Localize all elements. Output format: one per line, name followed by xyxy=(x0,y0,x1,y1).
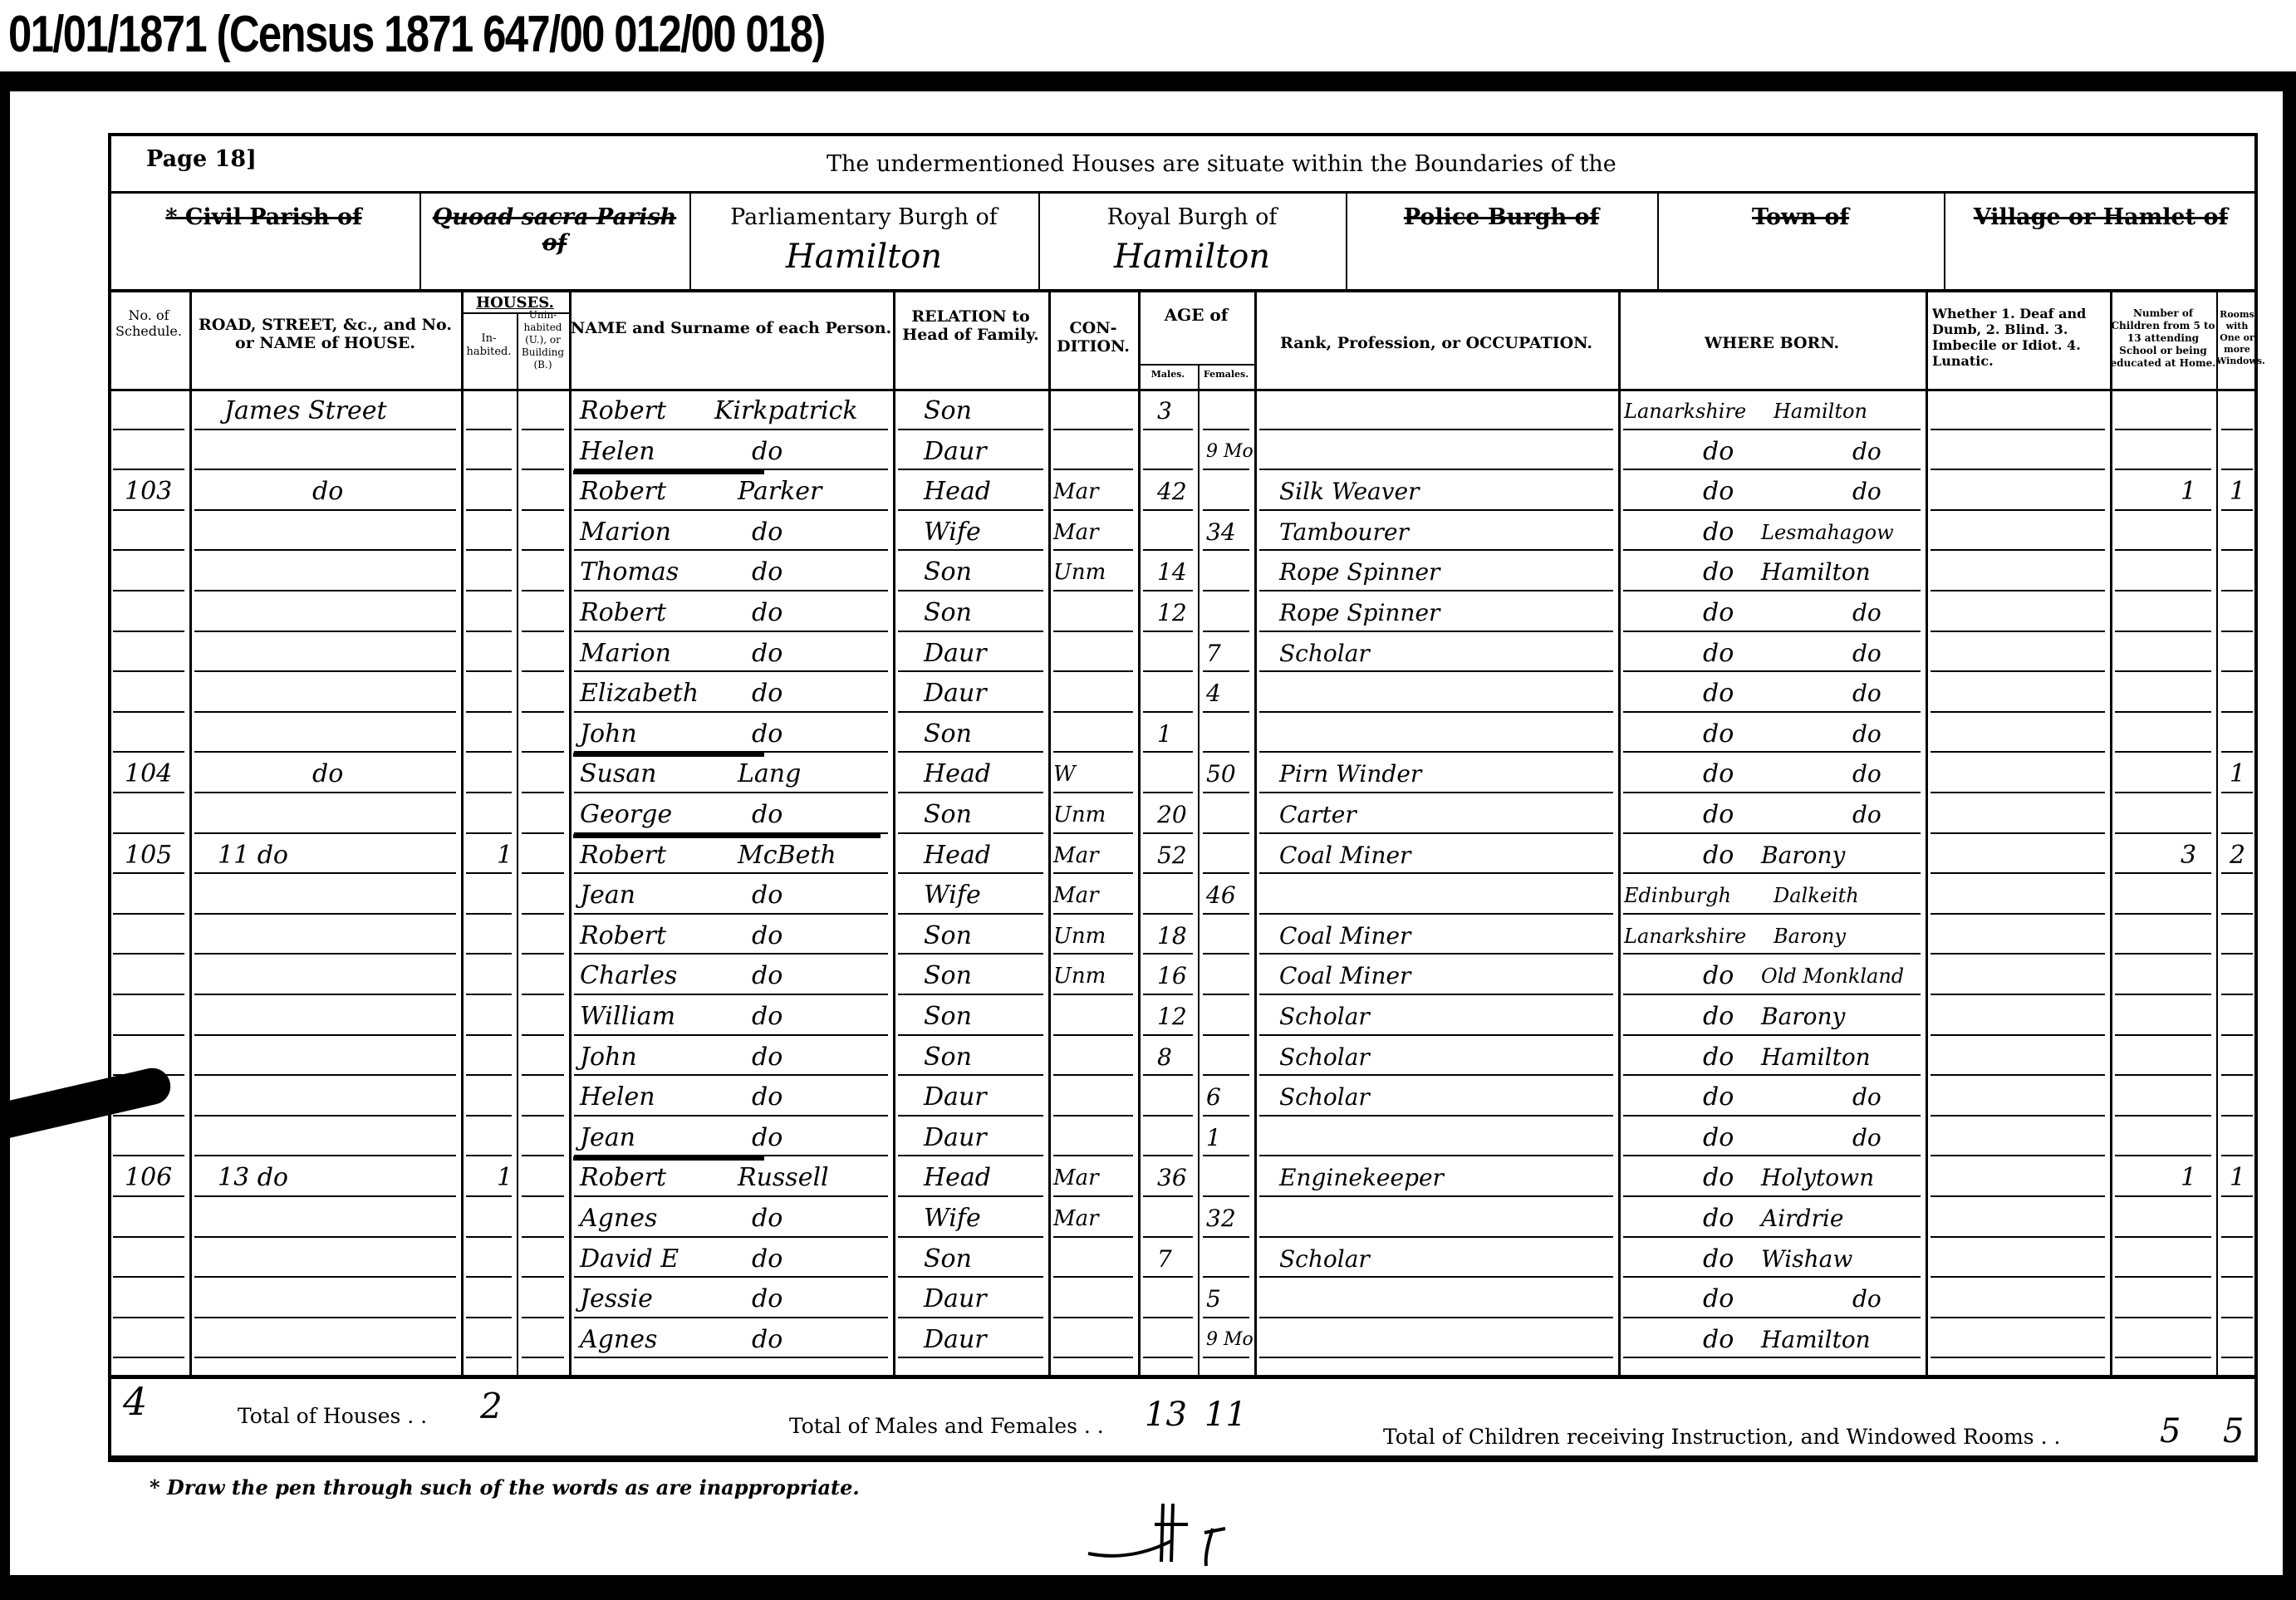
occupation: Coal Miner xyxy=(1279,842,1410,870)
age-male: 36 xyxy=(1157,1164,1187,1192)
relation: Son xyxy=(924,1003,972,1031)
person-forename: Robert xyxy=(580,397,666,425)
total-females: 11 xyxy=(1204,1401,1247,1429)
occupation: Pirn Winder xyxy=(1279,760,1421,788)
born-place: do xyxy=(1852,801,1881,829)
houses-inhabited: 1 xyxy=(497,1164,513,1192)
born-place: Holytown xyxy=(1761,1164,1874,1192)
age-female: 34 xyxy=(1206,518,1236,547)
person-forename: Susan xyxy=(580,760,656,788)
person-forename: Marion xyxy=(580,518,671,547)
born-place: Hamilton xyxy=(1774,397,1867,425)
boundary-value: Hamilton xyxy=(689,243,1038,271)
born-place: Wishaw xyxy=(1761,1245,1852,1274)
age-female: 4 xyxy=(1206,680,1221,708)
relation: Wife xyxy=(924,518,981,547)
schedule-number: 106 xyxy=(125,1164,172,1192)
born-place: Dalkeith xyxy=(1774,881,1859,910)
road-address: do xyxy=(312,478,343,506)
column-header-children: Number of Children from 5 to 13 attendin… xyxy=(2110,307,2216,370)
age-female: 5 xyxy=(1206,1285,1221,1313)
born-county: Edinburgh xyxy=(1624,881,1731,910)
age-male: 8 xyxy=(1157,1043,1172,1072)
column-header-uninhabited: Unin-habited (U.), or Building (B.) xyxy=(517,309,569,371)
born-place: do xyxy=(1852,1083,1881,1112)
born-county: do xyxy=(1703,1164,1734,1192)
age-male: 52 xyxy=(1157,842,1187,870)
footnote: * Draw the pen through such of the words… xyxy=(150,1475,860,1499)
age-male: 12 xyxy=(1157,1003,1187,1031)
born-place: do xyxy=(1852,680,1881,708)
born-place: do xyxy=(1852,478,1881,506)
person-surname: do xyxy=(752,1083,783,1112)
bottom-border xyxy=(0,1575,2296,1600)
born-county: do xyxy=(1703,558,1734,587)
column-header-age: AGE of xyxy=(1138,306,1254,325)
relation: Son xyxy=(924,720,972,748)
occupation: Rope Spinner xyxy=(1279,599,1440,627)
born-county: do xyxy=(1703,680,1734,708)
born-county: do xyxy=(1703,1083,1734,1112)
relation: Daur xyxy=(924,680,987,708)
total-children: 5 xyxy=(2160,1417,2181,1445)
condition: W xyxy=(1053,760,1076,788)
condition: Mar xyxy=(1053,478,1099,506)
right-border xyxy=(2283,71,2296,1600)
age-female: 32 xyxy=(1206,1205,1236,1233)
person-forename: John xyxy=(580,1043,637,1072)
total-males: 13 xyxy=(1145,1401,1187,1429)
person-forename: Elizabeth xyxy=(580,680,699,708)
person-surname: McBeth xyxy=(738,842,836,870)
born-place: do xyxy=(1852,640,1881,668)
person-surname: Lang xyxy=(738,760,801,788)
person-surname: do xyxy=(752,1245,783,1274)
relation: Wife xyxy=(924,881,981,910)
born-place: do xyxy=(1852,720,1881,748)
person-surname: do xyxy=(752,558,783,587)
windowed-rooms: 1 xyxy=(2230,478,2245,506)
age-male: 14 xyxy=(1157,558,1187,587)
person-surname: do xyxy=(752,680,783,708)
born-place: Barony xyxy=(1774,922,1846,950)
schedule-number: 103 xyxy=(125,478,172,506)
occupation: Scholar xyxy=(1279,640,1370,668)
age-female: 50 xyxy=(1206,760,1236,788)
relation: Son xyxy=(924,801,972,829)
windowed-rooms: 2 xyxy=(2230,842,2245,870)
occupation: Scholar xyxy=(1279,1083,1370,1112)
born-county: do xyxy=(1703,1043,1734,1072)
born-county: do xyxy=(1703,962,1734,990)
age-male: 1 xyxy=(1157,720,1172,748)
person-surname: do xyxy=(752,1285,783,1313)
top-border xyxy=(0,71,2296,91)
boundary-label: Quoad sacra Parish of xyxy=(419,204,689,256)
born-place: Airdrie xyxy=(1761,1205,1843,1233)
column-header-schedule: No. of Schedule. xyxy=(108,307,189,339)
page-number: Page 18] xyxy=(146,146,257,172)
road-address: do xyxy=(312,760,343,788)
born-county: do xyxy=(1703,1003,1734,1031)
condition: Unm xyxy=(1053,558,1106,587)
person-forename: Agnes xyxy=(580,1326,657,1354)
person-forename: Jessie xyxy=(580,1285,653,1313)
boundary-intro: The undermentioned Houses are situate wi… xyxy=(827,151,1617,177)
person-forename: Robert xyxy=(580,842,666,870)
age-female: 1 xyxy=(1206,1124,1221,1152)
column-header-condition: CON-DITION. xyxy=(1048,319,1138,356)
person-forename: John xyxy=(580,720,637,748)
occupation: Silk Weaver xyxy=(1279,478,1420,506)
person-forename: Jean xyxy=(580,881,635,910)
age-female: 6 xyxy=(1206,1083,1221,1112)
person-surname: do xyxy=(752,640,783,668)
column-header-road: ROAD, STREET, &c., and No. or NAME of HO… xyxy=(189,316,461,352)
age-male: 3 xyxy=(1157,397,1172,425)
age-male: 18 xyxy=(1157,922,1187,950)
relation: Daur xyxy=(924,1326,987,1354)
born-county: do xyxy=(1703,478,1734,506)
schedule-number: 104 xyxy=(125,760,172,788)
column-header-name: NAME and Surname of each Person. xyxy=(569,319,893,337)
occupation: Rope Spinner xyxy=(1279,558,1440,587)
relation: Daur xyxy=(924,1285,987,1313)
person-forename: Robert xyxy=(580,922,666,950)
column-header-inhabited: In-habited. xyxy=(461,332,517,359)
person-surname: do xyxy=(752,1124,783,1152)
person-surname: do xyxy=(752,518,783,547)
born-county: Lanarkshire xyxy=(1624,397,1746,425)
born-county: do xyxy=(1703,1245,1734,1274)
schedule-number: 105 xyxy=(125,842,172,870)
windowed-rooms: 1 xyxy=(2230,760,2245,788)
children-at-school: 1 xyxy=(2181,478,2196,506)
person-forename: Robert xyxy=(580,1164,666,1192)
relation: Son xyxy=(924,397,972,425)
relation: Son xyxy=(924,1245,972,1274)
condition: Mar xyxy=(1053,518,1099,547)
born-county: do xyxy=(1703,1124,1734,1152)
condition: Mar xyxy=(1053,1205,1099,1233)
relation: Daur xyxy=(924,1124,987,1152)
age-female: 9 Mo xyxy=(1206,438,1253,466)
person-surname: do xyxy=(752,881,783,910)
occupation: Coal Miner xyxy=(1279,962,1410,990)
born-county: do xyxy=(1703,801,1734,829)
condition: Mar xyxy=(1053,1164,1099,1192)
occupation: Coal Miner xyxy=(1279,922,1410,950)
condition: Unm xyxy=(1053,922,1106,950)
occupation: Enginekeeper xyxy=(1279,1164,1444,1192)
born-county: do xyxy=(1703,760,1734,788)
total-houses-value: 2 xyxy=(480,1392,503,1421)
condition: Unm xyxy=(1053,801,1106,829)
occupation: Tambourer xyxy=(1279,518,1409,547)
age-male: 7 xyxy=(1157,1245,1172,1274)
column-header-occupation: Rank, Profession, or OCCUPATION. xyxy=(1254,334,1618,352)
born-county: do xyxy=(1703,1285,1734,1313)
relation: Son xyxy=(924,558,972,587)
occupation: Scholar xyxy=(1279,1003,1370,1031)
boundary-value: Hamilton xyxy=(1038,243,1346,271)
condition: Unm xyxy=(1053,962,1106,990)
record-title: 01/01/1871 (Census 1871 647/00 012/00 01… xyxy=(8,5,825,64)
column-header-relation: RELATION to Head of Family. xyxy=(893,307,1048,344)
age-male: 20 xyxy=(1157,801,1187,829)
person-surname: do xyxy=(752,1326,783,1354)
born-place: do xyxy=(1852,438,1881,466)
column-header-males: Males. xyxy=(1138,369,1198,380)
relation: Daur xyxy=(924,438,987,466)
enumerator-initials-icon xyxy=(1080,1495,1263,1570)
windowed-rooms: 1 xyxy=(2230,1164,2245,1192)
person-surname: do xyxy=(752,962,783,990)
age-female: 7 xyxy=(1206,640,1221,668)
born-place: do xyxy=(1852,1285,1881,1313)
relation: Daur xyxy=(924,640,987,668)
person-forename: Charles xyxy=(580,962,677,990)
boundary-label: Police Burgh of xyxy=(1346,204,1657,230)
person-forename: Helen xyxy=(580,1083,655,1112)
person-forename: Robert xyxy=(580,478,666,506)
born-place: Lesmahagow xyxy=(1761,518,1894,547)
left-border xyxy=(0,71,10,1600)
born-place: do xyxy=(1852,760,1881,788)
total-houses-label: Total of Houses . . xyxy=(238,1404,427,1428)
person-surname: Kirkpatrick xyxy=(714,397,858,425)
relation: Daur xyxy=(924,1083,987,1112)
age-male: 16 xyxy=(1157,962,1187,990)
road-address: James Street xyxy=(224,397,387,425)
occupation: Scholar xyxy=(1279,1245,1370,1274)
born-place: do xyxy=(1852,599,1881,627)
column-header-whether: Whether 1. Deaf and Dumb, 2. Blind. 3. I… xyxy=(1926,306,2117,369)
children-at-school: 3 xyxy=(2181,842,2196,870)
born-county: do xyxy=(1703,438,1734,466)
relation: Wife xyxy=(924,1205,981,1233)
column-header-where-born: WHERE BORN. xyxy=(1618,334,1926,352)
person-surname: do xyxy=(752,1043,783,1072)
person-surname: do xyxy=(752,438,783,466)
person-forename: David E xyxy=(580,1245,679,1274)
houses-inhabited: 1 xyxy=(497,842,513,870)
boundary-label: * Civil Parish of xyxy=(108,204,419,230)
age-male: 12 xyxy=(1157,599,1187,627)
born-place: do xyxy=(1852,1124,1881,1152)
age-male: 42 xyxy=(1157,478,1187,506)
total-schedules: 4 xyxy=(123,1387,147,1416)
children-at-school: 1 xyxy=(2181,1164,2196,1192)
person-surname: do xyxy=(752,801,783,829)
total-rooms: 5 xyxy=(2223,1417,2244,1445)
born-place: Old Monkland xyxy=(1761,962,1904,990)
person-surname: do xyxy=(752,1205,783,1233)
person-surname: do xyxy=(752,720,783,748)
born-county: do xyxy=(1703,640,1734,668)
person-surname: do xyxy=(752,599,783,627)
relation: Head xyxy=(924,1164,991,1192)
column-header-rooms: Rooms with One or more Windows. xyxy=(2216,309,2258,367)
person-forename: George xyxy=(580,801,672,829)
person-forename: Jean xyxy=(580,1124,635,1152)
occupation: Carter xyxy=(1279,801,1357,829)
born-county: do xyxy=(1703,1205,1734,1233)
born-county: Lanarkshire xyxy=(1624,922,1746,950)
boundary-label: Royal Burgh of xyxy=(1038,204,1346,230)
person-forename: Helen xyxy=(580,438,655,466)
relation: Son xyxy=(924,1043,972,1072)
total-persons-label: Total of Males and Females . . xyxy=(789,1414,1104,1438)
total-children-label: Total of Children receiving Instruction,… xyxy=(1383,1425,2060,1449)
relation: Son xyxy=(924,962,972,990)
person-forename: Marion xyxy=(580,640,671,668)
born-county: do xyxy=(1703,518,1734,547)
column-header-females: Females. xyxy=(1198,369,1254,380)
person-surname: Parker xyxy=(738,478,822,506)
relation: Son xyxy=(924,599,972,627)
road-address: 11 do xyxy=(218,842,288,870)
born-place: Barony xyxy=(1761,1003,1845,1031)
boundary-label: Village or Hamlet of xyxy=(1944,204,2258,230)
condition: Mar xyxy=(1053,881,1099,910)
boundary-label: Parliamentary Burgh of xyxy=(689,204,1038,230)
occupation: Scholar xyxy=(1279,1043,1370,1072)
boundary-label: Town of xyxy=(1657,204,1944,230)
condition: Mar xyxy=(1053,842,1099,870)
born-county: do xyxy=(1703,720,1734,748)
born-county: do xyxy=(1703,1326,1734,1354)
relation: Son xyxy=(924,922,972,950)
person-surname: do xyxy=(752,922,783,950)
born-place: Barony xyxy=(1761,842,1845,870)
person-forename: Agnes xyxy=(580,1205,657,1233)
age-female: 9 Mo xyxy=(1206,1326,1253,1354)
born-county: do xyxy=(1703,599,1734,627)
born-place: Hamilton xyxy=(1761,1043,1871,1072)
born-place: Hamilton xyxy=(1761,558,1871,587)
relation: Head xyxy=(924,760,991,788)
person-surname: do xyxy=(752,1003,783,1031)
person-forename: Robert xyxy=(580,599,666,627)
person-surname: Russell xyxy=(738,1164,829,1192)
person-forename: William xyxy=(580,1003,675,1031)
born-place: Hamilton xyxy=(1761,1326,1871,1354)
road-address: 13 do xyxy=(218,1164,288,1192)
person-forename: Thomas xyxy=(580,558,679,587)
age-female: 46 xyxy=(1206,881,1236,910)
relation: Head xyxy=(924,842,991,870)
born-county: do xyxy=(1703,842,1734,870)
relation: Head xyxy=(924,478,991,506)
